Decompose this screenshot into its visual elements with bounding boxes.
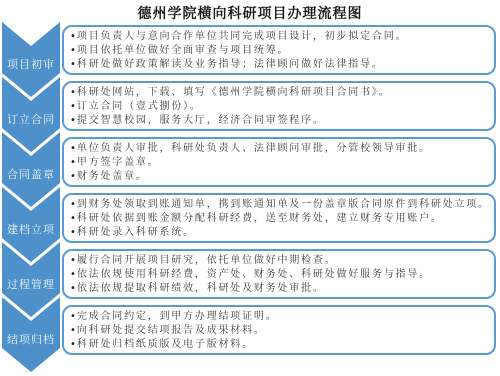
stage-label-closure-archiving: 结项归档	[2, 333, 60, 347]
bullet-text: 项目依托单位做好全面审查与项目统筹。	[77, 45, 289, 56]
bullet-item: •提交智慧校园，服务大厅，经济合同审签程序。	[70, 114, 490, 128]
bullet-text: 到财务处领取到账通知单，携到账通知单及一份盖章版合同原件到科研处立项。	[77, 199, 490, 210]
bullet-text: 项目负责人与意向合作单位共同完成项目设计，初步拟定合同。	[77, 31, 407, 42]
bullet-item: •单位负责人审批，科研处负责人、法律顾问审批，分管校领导审批。	[70, 142, 490, 156]
stage-box-contract-signing: •科研处网站，下载、填写《德州学院横向科研项目合同书》。 •订立合同（壹式捌份）…	[62, 81, 496, 131]
bullet-icon: •	[70, 156, 76, 170]
bullet-text: 科研处做好政策解读及业务指导；法律顾问做好法律指导。	[77, 59, 384, 70]
bullet-icon: •	[70, 58, 76, 72]
stage-label-project-initial-review: 项目初审	[2, 58, 60, 72]
bullet-text: 订立合同（壹式捌份）。	[77, 101, 202, 112]
bullet-text: 科研处网站，下载、填写《德州学院横向科研项目合同书》。	[77, 87, 391, 98]
stage-arrow-column: 项目初审 订立合同 合同盖章 建档立项 过程管理 结项归档	[2, 22, 60, 352]
stage-label-contract-signing: 订立合同	[2, 113, 60, 127]
bullet-text: 履行合同开展项目研究，依托单位做好中期检查。	[77, 255, 337, 266]
bullet-text: 甲方签字盖章。	[77, 157, 160, 168]
stage-box-contract-stamping: •单位负责人审批，科研处负责人、法律顾问审批，分管校领导审批。 •甲方签字盖章。…	[62, 137, 496, 187]
bullet-item: •订立合同（壹式捌份）。	[70, 100, 490, 114]
bullet-item: •向科研处提交结项报告及成果材料。	[70, 324, 490, 338]
flowchart-page: 德州学院横向科研项目办理流程图 项目初审 订立合同 合同盖章 建档立项 过程管理…	[0, 0, 500, 376]
bullet-item: •到财务处领取到账通知单，携到账通知单及一份盖章版合同原件到科研处立项。	[70, 198, 490, 212]
bullet-item: •科研处网站，下载、填写《德州学院横向科研项目合同书》。	[70, 86, 490, 100]
bullet-icon: •	[70, 142, 76, 156]
bullet-text: 依法依规提取科研绩效，科研处及财务处审批。	[77, 283, 325, 294]
bullet-icon: •	[70, 86, 76, 100]
bullet-item: •项目负责人与意向合作单位共同完成项目设计，初步拟定合同。	[70, 30, 490, 44]
stage-label-contract-stamping: 合同盖章	[2, 168, 60, 182]
stage-label-project-filing: 建档立项	[2, 223, 60, 237]
bullet-text: 向科研处提交结项报告及成果材料。	[77, 325, 266, 336]
bullet-icon: •	[70, 44, 76, 58]
bullet-text: 科研处录入科研系统。	[77, 227, 195, 238]
bullet-item: •甲方签字盖章。	[70, 156, 490, 170]
bullet-item: •财务处盖章。	[70, 170, 490, 184]
bullet-item: •履行合同开展项目研究，依托单位做好中期检查。	[70, 254, 490, 268]
stage-box-project-initial-review: •项目负责人与意向合作单位共同完成项目设计，初步拟定合同。 •项目依托单位做好全…	[62, 25, 496, 75]
bullet-icon: •	[70, 30, 76, 44]
bullet-text: 科研处归档纸质版及电子版材料。	[77, 339, 254, 350]
bullet-text: 完成合同约定，到甲方办理结项证明。	[77, 311, 278, 322]
page-title: 德州学院横向科研项目办理流程图	[0, 3, 500, 23]
bullet-text: 财务处盖章。	[77, 171, 148, 182]
bullet-item: •科研处归档纸质版及电子版材料。	[70, 338, 490, 352]
bullet-icon: •	[70, 212, 76, 226]
stage-label-process-management: 过程管理	[2, 278, 60, 292]
bullet-item: •完成合同约定，到甲方办理结项证明。	[70, 310, 490, 324]
bullet-icon: •	[70, 338, 76, 352]
bullet-icon: •	[70, 310, 76, 324]
bullet-icon: •	[70, 324, 76, 338]
bullet-item: •依法依规使用科研经费，资产处、财务处、科研处做好服务与指导。	[70, 268, 490, 282]
bullet-icon: •	[70, 100, 76, 114]
bullet-icon: •	[70, 268, 76, 282]
bullet-text: 提交智慧校园，服务大厅，经济合同审签程序。	[77, 115, 325, 126]
bullet-item: •项目依托单位做好全面审查与项目统筹。	[70, 44, 490, 58]
bullet-text: 科研处依据到账金额分配科研经费，送至财务处，建立财务专用账户。	[77, 213, 443, 224]
stage-box-project-filing: •到财务处领取到账通知单，携到账通知单及一份盖章版合同原件到科研处立项。 •科研…	[62, 193, 496, 243]
bullet-icon: •	[70, 254, 76, 268]
stage-box-process-management: •履行合同开展项目研究，依托单位做好中期检查。 •依法依规使用科研经费，资产处、…	[62, 249, 496, 299]
bullet-icon: •	[70, 114, 76, 128]
bullet-item: •科研处依据到账金额分配科研经费，送至财务处，建立财务专用账户。	[70, 212, 490, 226]
bullet-item: •依法依规提取科研绩效，科研处及财务处审批。	[70, 282, 490, 296]
bullet-item: •科研处做好政策解读及业务指导；法律顾问做好法律指导。	[70, 58, 490, 72]
stage-box-closure-archiving: •完成合同约定，到甲方办理结项证明。 •向科研处提交结项报告及成果材料。 •科研…	[62, 305, 496, 355]
bullet-icon: •	[70, 198, 76, 212]
bullet-text: 单位负责人审批，科研处负责人、法律顾问审批，分管校领导审批。	[77, 143, 431, 154]
stage-detail-column: •项目负责人与意向合作单位共同完成项目设计，初步拟定合同。 •项目依托单位做好全…	[62, 25, 496, 361]
bullet-icon: •	[70, 226, 76, 240]
bullet-icon: •	[70, 170, 76, 184]
bullet-text: 依法依规使用科研经费，资产处、财务处、科研处做好服务与指导。	[77, 269, 431, 280]
bullet-icon: •	[70, 282, 76, 296]
bullet-item: •科研处录入科研系统。	[70, 226, 490, 240]
